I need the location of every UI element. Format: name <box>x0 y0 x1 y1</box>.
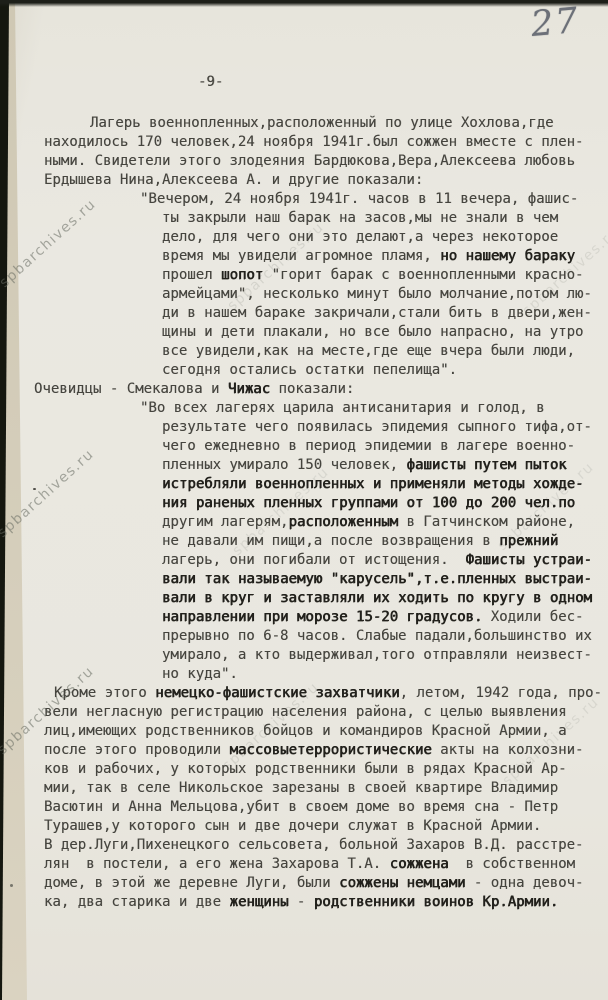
document-line: лагерь, они погибали от истощения. Фашис… <box>32 551 608 570</box>
typed-page-number: -9- <box>198 74 223 90</box>
typed-text: дело, для чего они это делают,а через не… <box>162 229 558 245</box>
document-line: чего ежедневно в период эпидемии в лагер… <box>32 437 608 456</box>
typed-text-heavy: немецко-фашистские захватчики <box>155 685 399 701</box>
document-line: В дер.Луги,Пихенецкого сельсовета, больн… <box>32 836 608 855</box>
typed-text: в собственном <box>449 856 575 872</box>
document-line: ди в нашем бараке закричали,стали бить в… <box>32 304 608 323</box>
typed-text: Лагерь военнопленных,расположенный по ул… <box>90 115 554 131</box>
document-line: доме, в этой же деревне Луги, были сожже… <box>32 874 608 893</box>
document-line: Лагерь военнопленных,расположенный по ул… <box>32 114 608 133</box>
typed-text: в Гатчинском районе, <box>398 514 575 530</box>
typed-text-heavy: фашисты путем пыток <box>406 457 566 473</box>
typed-text: мии, так в селе Никольское зарезаны в св… <box>44 780 558 796</box>
document-line: после этого проводили массовыетеррористи… <box>32 741 608 760</box>
document-line: не давали им пищи,а после возвращения в … <box>32 532 608 551</box>
typed-text-heavy: сожжены немцами <box>339 875 465 891</box>
document-line: "Вечером, 24 ноября 1941г. часов в 11 ве… <box>32 190 608 209</box>
typed-text: но куда". <box>162 666 238 682</box>
typed-text: ка, два старика и две <box>44 894 229 910</box>
document-line: "Во всех лагерях царила антисанитария и … <box>32 399 608 418</box>
scanned-document-page: spbarchives.ruspbarchives.ruspbarchives.… <box>0 0 608 1000</box>
typed-text: лагерь, они погибали от истощения. <box>162 552 465 568</box>
typed-text-heavy: Чижас <box>228 381 270 397</box>
typed-text-heavy: родственники воинов Кр.Армии. <box>314 894 558 910</box>
typed-text: ди в нашем бараке закричали,стали бить в… <box>162 305 592 321</box>
typed-text-heavy: Фашисты устраи- <box>465 552 591 568</box>
document-line: но куда". <box>32 665 608 684</box>
document-line: результате чего появилась эпидемия сыпно… <box>32 418 608 437</box>
document-line: ков и рабочих, у которых родственники бы… <box>32 760 608 779</box>
typed-text: "Во всех лагерях царила антисанитария и … <box>140 400 545 416</box>
typed-text: "Вечером, 24 ноября 1941г. часов в 11 ве… <box>140 191 578 207</box>
document-line: мии, так в селе Никольское зарезаны в св… <box>32 779 608 798</box>
typed-text: находилось 170 человек,24 ноября 1941г.б… <box>44 134 583 150</box>
typed-text: Турашев,у которого сын и две дочери служ… <box>44 818 541 834</box>
typed-text: все увидели,как на месте,где еще вчера б… <box>162 343 575 359</box>
document-line: вали в круг и заставляли их ходить по кр… <box>32 589 608 608</box>
typed-text: Васютин и Анна Мельцова,убит в своем дом… <box>44 799 558 815</box>
typed-text-heavy: вали так называемую "карусель",т.е.пленн… <box>162 571 592 587</box>
typed-text: лиц,имеющих родственников бойцов и коман… <box>44 723 567 739</box>
typed-text: "горит барак с военнопленными красно- <box>263 267 583 283</box>
typed-text-heavy: женщины <box>229 894 288 910</box>
document-line: Кроме этого немецко-фашистские захватчик… <box>32 684 608 703</box>
document-line: умирало, а кто выдерживал,того отправлял… <box>32 646 608 665</box>
typed-text: ными. Свидетели этого злодеяния Бардюков… <box>44 153 575 169</box>
document-line: прерывно по 6-8 часов. Слабые падали,бол… <box>32 627 608 646</box>
document-line: вали так называемую "карусель",т.е.пленн… <box>32 570 608 589</box>
typed-text-heavy: сожжена <box>390 856 449 872</box>
document-line: ными. Свидетели этого злодеяния Бардюков… <box>32 152 608 171</box>
typed-text: прошел <box>162 267 221 283</box>
document-line: лян в постели, а его жена Захарова Т.А. … <box>32 855 608 874</box>
typed-text: армейцами", несколько минут было молчани… <box>162 286 592 302</box>
typed-text: прерывно по 6-8 часов. Слабые падали,бол… <box>162 628 592 644</box>
typed-text: Ердышева Нина,Алексеева А. и другие пока… <box>44 172 423 188</box>
scan-edge-top <box>0 0 608 7</box>
document-line: вели негласную регистрацию населения рай… <box>32 703 608 722</box>
document-line: ты закрыли наш барак на засов,мы не знал… <box>32 209 608 228</box>
typed-text: В дер.Луги,Пихенецкого сельсовета, больн… <box>44 837 583 853</box>
typed-text: лян в постели, а его жена Захарова Т.А. <box>44 856 390 872</box>
document-line: находилось 170 человек,24 ноября 1941г.б… <box>32 133 608 152</box>
typed-text: время мы увидели агромное пламя, <box>162 248 440 264</box>
document-line: Васютин и Анна Мельцова,убит в своем дом… <box>32 798 608 817</box>
document-line: истребляли военнопленных и применяли мет… <box>32 475 608 494</box>
document-line: лиц,имеющих родственников бойцов и коман… <box>32 722 608 741</box>
document-text: Лагерь военнопленных,расположенный по ул… <box>32 114 608 912</box>
typed-text-heavy: истребляли военнопленных и применяли мет… <box>162 476 583 492</box>
document-line: Ердышева Нина,Алексеева А. и другие пока… <box>32 171 608 190</box>
typed-text: после этого проводили <box>44 742 229 758</box>
typed-text: акты на колхозни- <box>432 742 584 758</box>
typed-text: показали: <box>270 381 354 397</box>
typed-text-heavy: вали в круг и заставляли их ходить по кр… <box>162 590 592 606</box>
document-line: Турашев,у которого сын и две дочери служ… <box>32 817 608 836</box>
document-line: сегодня остались остатки пепелища". <box>32 361 608 380</box>
document-line: ка, два старика и две женщины - родствен… <box>32 893 608 912</box>
document-line: другим лагерям,расположенным в Гатчинско… <box>32 513 608 532</box>
typed-text: вели негласную регистрацию населения рай… <box>44 704 567 720</box>
typed-text-heavy: ния раненых пленных группами от 100 до 2… <box>162 495 575 511</box>
typed-text-heavy: расположенным <box>288 514 398 530</box>
document-line: дело, для чего они это делают,а через не… <box>32 228 608 247</box>
typed-text-heavy: направлении при морозе 15-20 градусов. <box>162 609 482 625</box>
document-line: Очевидцы - Смекалова и Чижас показали: <box>32 380 608 399</box>
typed-text: не давали им пищи,а после возвращения в <box>162 533 499 549</box>
paper-speck <box>10 884 13 887</box>
typed-text-heavy: прежний <box>499 533 558 549</box>
typed-text: Очевидцы - Смекалова и <box>34 381 228 397</box>
document-line: армейцами", несколько минут было молчани… <box>32 285 608 304</box>
typed-text: пленных умирало 150 человек, <box>162 457 406 473</box>
typed-text: другим лагерям, <box>162 514 288 530</box>
document-line: прошел шопот "горит барак с военнопленны… <box>32 266 608 285</box>
typed-text: доме, в этой же деревне Луги, были <box>44 875 339 891</box>
typed-text: Кроме этого <box>54 685 155 701</box>
document-line: щины и дети плакали, но все было напрасн… <box>32 323 608 342</box>
typed-text: результате чего появилась эпидемия сыпно… <box>162 419 592 435</box>
paper-speck <box>33 488 36 490</box>
typed-text: ков и рабочих, у которых родственники бы… <box>44 761 567 777</box>
typed-text: Ходили бес- <box>482 609 583 625</box>
typed-text: щины и дети плакали, но все было напрасн… <box>162 324 583 340</box>
typed-text: - одна девоч- <box>465 875 583 891</box>
typed-text-heavy: шопот <box>221 267 263 283</box>
typed-text: ты закрыли наш барак на засов,мы не знал… <box>162 210 558 226</box>
typed-text: сегодня остались остатки пепелища". <box>162 362 457 378</box>
typed-text-heavy: массовыетеррористические <box>229 742 431 758</box>
document-line: все увидели,как на месте,где еще вчера б… <box>32 342 608 361</box>
typed-text-heavy: но нашему бараку <box>440 248 575 264</box>
typed-text: чего ежедневно в период эпидемии в лагер… <box>162 438 575 454</box>
document-line: ния раненых пленных группами от 100 до 2… <box>32 494 608 513</box>
typed-text: умирало, а кто выдерживал,того отправлял… <box>162 647 592 663</box>
document-line: направлении при морозе 15-20 градусов. Х… <box>32 608 608 627</box>
document-line: время мы увидели агромное пламя, но наше… <box>32 247 608 266</box>
document-line: пленных умирало 150 человек, фашисты пут… <box>32 456 608 475</box>
handwritten-page-number: 27 <box>529 0 602 45</box>
typed-text: , летом, 1942 года, про- <box>400 685 602 701</box>
typed-text: - <box>288 894 313 910</box>
